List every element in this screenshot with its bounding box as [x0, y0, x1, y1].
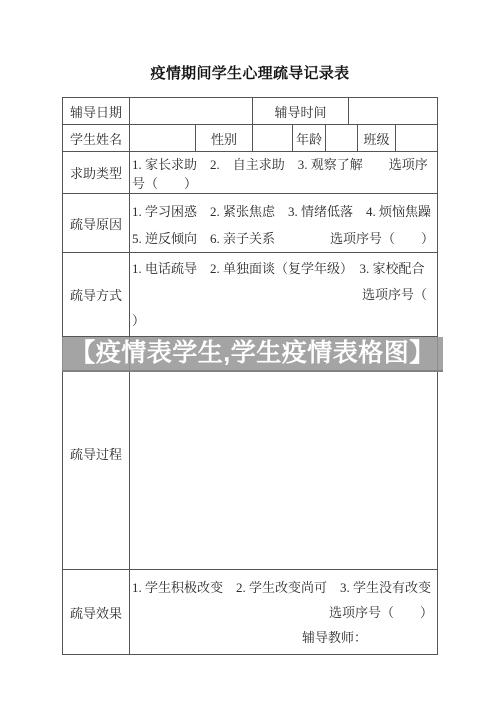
reason-option-number-field: 选项序号（ ） [330, 225, 434, 252]
row-counseling-method: 疏导方式 1. 电话疏导 2. 单独面谈（复学年级） 3. 家校配合 选项序号（… [63, 253, 437, 337]
counseling-date-value [130, 98, 253, 124]
age-label: 年龄 [293, 125, 326, 151]
method-option-number-close: ） [132, 308, 427, 334]
gender-value [253, 125, 293, 151]
watermark-banner: 【疫情表学生,学生疫情表格图】 [62, 337, 443, 372]
counseling-time-label: 辅导时间 [253, 98, 349, 124]
class-label: 班级 [358, 125, 396, 151]
effect-label: 疏导效果 [63, 570, 130, 654]
row-counseling-effect: 疏导效果 1. 学生积极改变 2. 学生改变尚可 3. 学生没有改变 选项序号（… [63, 570, 437, 654]
class-value [396, 125, 437, 151]
row-student-info: 学生姓名 性别 年龄 班级 [63, 125, 437, 152]
help-type-label: 求助类型 [63, 152, 130, 193]
record-table: 辅导日期 辅导时间 学生姓名 性别 年龄 班级 求助类型 1. 家长求助 2. … [62, 97, 438, 655]
effect-options: 1. 学生积极改变 2. 学生改变尚可 3. 学生没有改变 选项序号（ ） 辅导… [130, 570, 437, 654]
gender-label: 性别 [196, 125, 253, 151]
document-page: 疫情期间学生心理疏导记录表 辅导日期 辅导时间 学生姓名 性别 年龄 班级 求助… [0, 0, 500, 706]
counselor-signature-label: 辅导教师： [132, 625, 433, 650]
effect-options-line1: 1. 学生积极改变 2. 学生改变尚可 3. 学生没有改变 [132, 575, 433, 600]
student-name-label: 学生姓名 [63, 125, 130, 151]
row-help-type: 求助类型 1. 家长求助 2. 自主求助 3. 观察了解 选项序号（ ） [63, 152, 437, 194]
reason-label: 疏导原因 [63, 194, 130, 252]
reason-options: 1. 学习困惑 2. 紧张焦虑 3. 情绪低落 4. 烦恼焦躁 5. 逆反倾向 … [130, 194, 437, 252]
watermark-text: 【疫情表学生,学生疫情表格图】 [70, 341, 434, 366]
method-label: 疏导方式 [63, 253, 130, 336]
help-type-options: 1. 家长求助 2. 自主求助 3. 观察了解 选项序号（ ） [130, 152, 437, 193]
help-type-options-text: 1. 家长求助 2. 自主求助 3. 观察了解 选项序号（ ） [132, 154, 437, 192]
effect-option-number-field: 选项序号（ ） [132, 600, 433, 625]
counseling-time-value [349, 98, 437, 124]
method-option-number-field: 选项序号（ [132, 282, 427, 308]
reason-options-line2: 5. 逆反倾向 6. 亲子关系 选项序号（ ） [132, 225, 434, 252]
method-options: 1. 电话疏导 2. 单独面谈（复学年级） 3. 家校配合 选项序号（ ） [130, 253, 437, 336]
reason-options-line1: 1. 学习困惑 2. 紧张焦虑 3. 情绪低落 4. 烦恼焦躁 [132, 198, 434, 225]
row-counseling-reason: 疏导原因 1. 学习困惑 2. 紧张焦虑 3. 情绪低落 4. 烦恼焦躁 5. … [63, 194, 437, 253]
form-title: 疫情期间学生心理疏导记录表 [0, 62, 500, 83]
row-date-time: 辅导日期 辅导时间 [63, 98, 437, 125]
method-options-line1: 1. 电话疏导 2. 单独面谈（复学年级） 3. 家校配合 [132, 256, 427, 282]
age-value [326, 125, 358, 151]
student-name-value [130, 125, 196, 151]
counseling-date-label: 辅导日期 [63, 98, 130, 124]
reason-options-line2-left: 5. 逆反倾向 6. 亲子关系 [132, 225, 275, 252]
